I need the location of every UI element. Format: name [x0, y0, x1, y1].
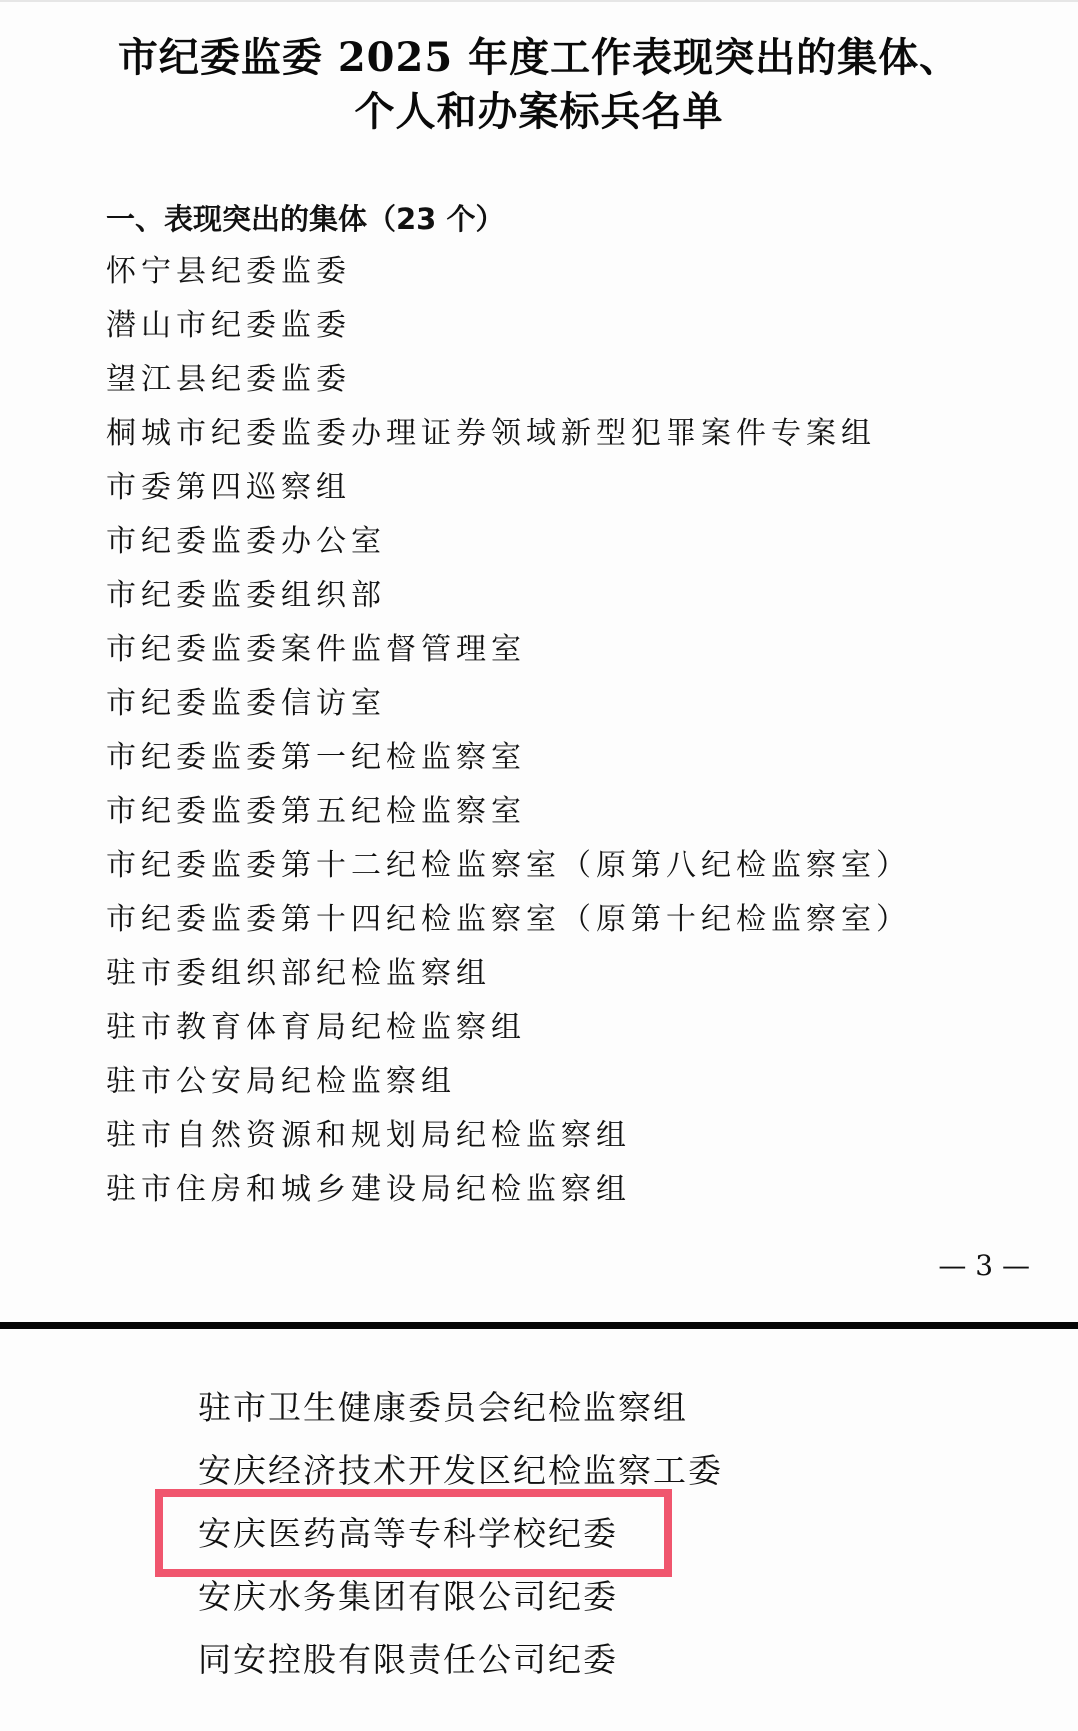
- list-item: 驻市自然资源和规划局纪检监察组: [106, 1114, 911, 1168]
- collectives-list-page-3: 怀宁县纪委监委 潜山市纪委监委 望江县纪委监委 桐城市纪委监委办理证券领域新型犯…: [106, 250, 911, 1222]
- list-item: 安庆水务集团有限公司纪委: [198, 1572, 723, 1635]
- list-item: 驻市委组织部纪检监察组: [106, 952, 911, 1006]
- list-item: 市纪委监委组织部: [106, 574, 911, 628]
- list-item: 怀宁县纪委监委: [106, 250, 911, 304]
- list-item: 桐城市纪委监委办理证券领域新型犯罪案件专案组: [106, 412, 911, 466]
- list-item: 市纪委监委信访室: [106, 682, 911, 736]
- list-item: 市纪委监委第十四纪检监察室（原第十纪检监察室）: [106, 898, 911, 952]
- highlight-box: [155, 1489, 672, 1577]
- list-item: 市委第四巡察组: [106, 466, 911, 520]
- list-item: 驻市公安局纪检监察组: [106, 1060, 911, 1114]
- list-item: 同安控股有限责任公司纪委: [198, 1635, 723, 1698]
- list-item: 驻市卫生健康委员会纪检监察组: [198, 1383, 723, 1446]
- list-item: 潜山市纪委监委: [106, 304, 911, 358]
- list-item: 市纪委监委案件监督管理室: [106, 628, 911, 682]
- list-item: 市纪委监委第十二纪检监察室（原第八纪检监察室）: [106, 844, 911, 898]
- top-edge: [0, 0, 1078, 2]
- document-title-line-1: 市纪委监委 2025 年度工作表现突出的集体、: [0, 26, 1078, 83]
- list-item: 驻市教育体育局纪检监察组: [106, 1006, 911, 1060]
- page-divider: [0, 1322, 1078, 1329]
- list-item: 市纪委监委第五纪检监察室: [106, 790, 911, 844]
- list-item: 市纪委监委第一纪检监察室: [106, 736, 911, 790]
- document-title-line-2: 个人和办案标兵名单: [0, 80, 1078, 137]
- section-heading-collectives: 一、表现突出的集体（23 个）: [106, 197, 504, 238]
- list-item: 市纪委监委办公室: [106, 520, 911, 574]
- list-item: 望江县纪委监委: [106, 358, 911, 412]
- page-number: — 3 —: [938, 1249, 1030, 1282]
- list-item: 驻市住房和城乡建设局纪检监察组: [106, 1168, 911, 1222]
